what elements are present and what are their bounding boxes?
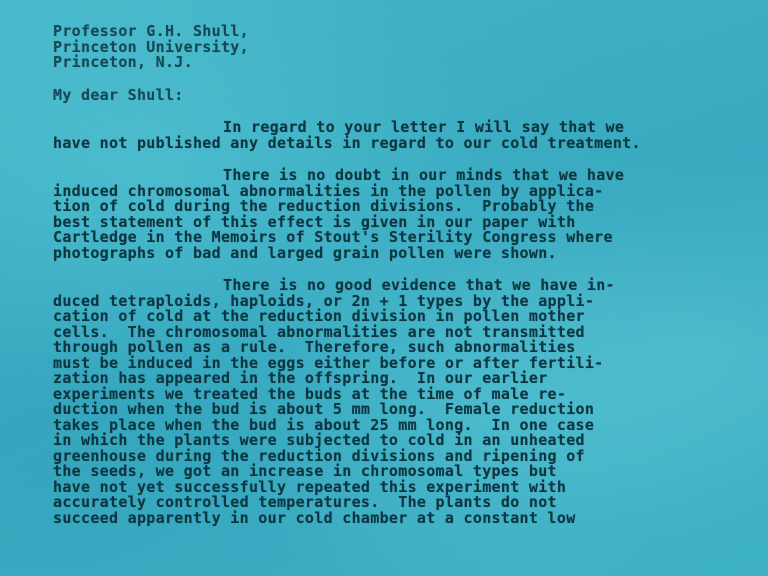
- paragraph-line: succeed apparently in our cold chamber a…: [53, 511, 753, 527]
- paragraph-line: photographs of bad and larged grain poll…: [53, 246, 753, 262]
- paragraph-1: In regard to your letter I will say that…: [53, 120, 753, 151]
- paragraph-2: There is no doubt in our minds that we h…: [53, 168, 753, 261]
- paragraph-3: There is no good evidence that we have i…: [53, 278, 753, 526]
- typewritten-letter: Professor G.H. Shull, Princeton Universi…: [53, 24, 753, 526]
- recipient-address: Professor G.H. Shull, Princeton Universi…: [53, 24, 753, 71]
- address-line: Princeton, N.J.: [53, 55, 753, 71]
- salutation: My dear Shull:: [53, 88, 753, 104]
- paragraph-line: have not published any details in regard…: [53, 136, 753, 152]
